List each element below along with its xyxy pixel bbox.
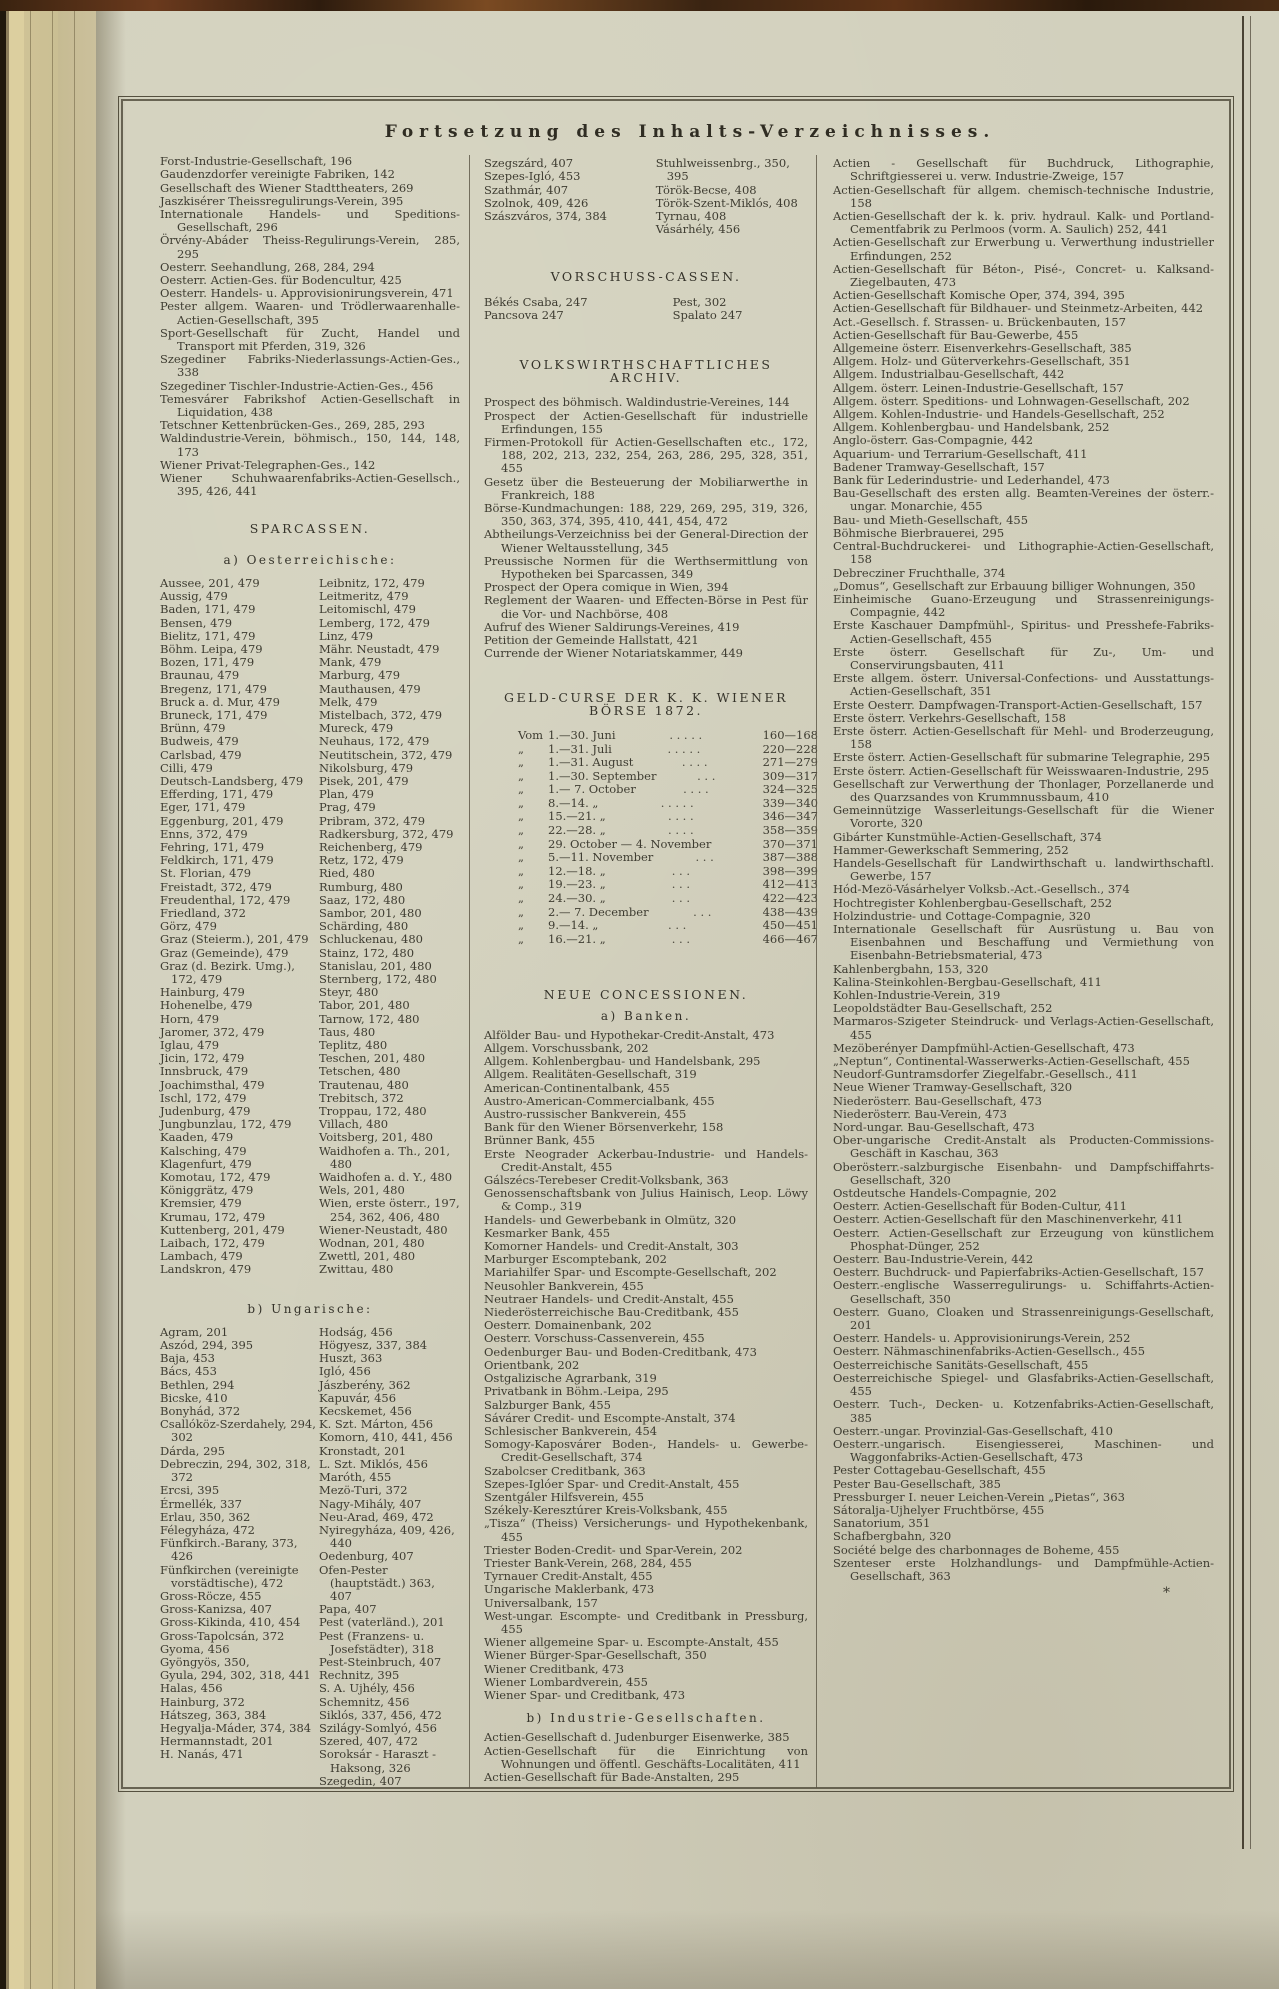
place-entry: Fünfkirchen (vereinigte vorstädtische), … [160,1564,319,1590]
place-entry: Pest, 302 [673,296,808,309]
index-entry: Prospect der Actien-Gesellschaft für ind… [484,410,808,436]
index-entry: Actien-Gesellschaft zur Erwerbung u. Ver… [833,236,1214,262]
place-entry: Kronstadt, 201 [319,1445,460,1458]
index-entry: Oberösterr.-salzburgische Eisenbahn- und… [833,1161,1214,1187]
place-entry: Nyiregyháza, 409, 426, 440 [319,1524,460,1550]
index-entry: Szegediner Fabriks-Niederlassungs-Actien… [160,353,460,379]
dot-leader: . . . [653,851,756,865]
index-entry: Gibárter Kunstmühle-Actien-Gesellschaft,… [833,831,1214,844]
row-period: 1.—31. Juli [548,743,612,757]
row-prefix: „ [518,851,548,865]
row-page-range: 358—359 [756,824,818,838]
index-entry: Currende der Wiener Notariatskammer, 449 [484,647,808,660]
place-entry: Kremsier, 479 [160,1197,319,1210]
geldcurse-row: „ 24.—30. „ . . . 422—423 [518,892,818,906]
place-entry: Debreczin, 294, 302, 318, 372 [160,1458,319,1484]
row-prefix: Vom [518,729,548,743]
place-entry: Jászberény, 362 [319,1379,460,1392]
index-entry: Genossenschaftsbank von Julius Hainisch,… [484,1187,808,1213]
geldcurse-row: „ 29. October — 4. November 370—371 [518,838,818,852]
row-period: 16.—21. „ [548,933,606,947]
row-prefix: „ [518,838,548,852]
geldcurse-row: „ 16.—21. „ . . . 466—467 [518,933,818,947]
place-entry: Cilli, 479 [160,762,319,775]
place-entry: Tetschen, 480 [319,1065,460,1078]
row-period: 1.— 7. October [548,783,636,797]
section-title-archiv: VOLKSWIRTHSCHAFTLICHES ARCHIV. [484,358,808,384]
place-entry: Soroksár - Haraszt - Haksong, 326 [319,1748,460,1774]
place-list-b: Leibnitz, 172, 479Leitmeritz, 479Leitomi… [319,577,460,1277]
index-entry: Oesterr. Guano, Cloaken und Strassenrein… [833,1306,1214,1332]
book-cover-edge [0,0,1279,11]
place-entry: Krumau, 172, 479 [160,1211,319,1224]
sparcassen-ungarische-list: Agram, 201Aszód, 294, 395Baja, 453Bács, … [160,1326,460,1788]
geldcurse-row: „ 9.—14. „ . . . 450—451 [518,919,818,933]
index-entry: Pester Bau-Gesellschaft, 385 [833,1478,1214,1491]
place-entry: Bethlen, 294 [160,1379,319,1392]
index-entry: Internationale Gesellschaft für Ausrüstu… [833,923,1214,963]
row-period: 19.—23. „ [548,878,606,892]
index-entry: Sávárer Credit- und Escompte-Anstalt, 37… [484,1412,808,1425]
column-divider [469,155,470,1788]
index-entry: Szepes-Iglóer Spar- und Credit-Anstalt, … [484,1478,808,1491]
place-entry: Szegedin, 407 [319,1775,460,1788]
geldcurse-row: „ 22.—28. „ . . . . 358—359 [518,824,818,838]
index-entry: Erste österr. Gesellschaft für Zu-, Um- … [833,646,1214,672]
index-entry: Actien-Gesellschaft für Béton-, Pisé-, C… [833,263,1214,289]
index-entry: Erste österr. Actien-Gesellschaft für We… [833,765,1214,778]
index-entry: Aquarium- und Terrarium-Gesellschaft, 41… [833,448,1214,461]
index-entry: Gaudenzdorfer vereinigte Fabriken, 142 [160,168,460,181]
row-prefix: „ [518,919,548,933]
facing-page-rule [1242,16,1251,1849]
place-entry: Ercsi, 395 [160,1484,319,1497]
dot-leader: . . . [606,865,756,879]
index-entry: Sport-Gesellschaft für Zucht, Handel und… [160,327,460,353]
place-list-a: Agram, 201Aszód, 294, 395Baja, 453Bács, … [160,1326,319,1788]
row-period: 1.—30. Juni [548,729,616,743]
row-page-range: 271—279 [756,756,818,770]
sparcassen-continuation: Szegszárd, 407Szepes-Igló, 453Szathmár, … [484,157,808,236]
place-entry: Trautenau, 480 [319,1079,460,1092]
index-entry: Hammer-Gewerkschaft Semmering, 252 [833,844,1214,857]
place-entry: Landskron, 479 [160,1263,319,1276]
place-entry: Eger, 171, 479 [160,801,319,814]
column-3: Actien - Gesellschaft für Buchdruck, Lit… [817,155,1220,1788]
row-prefix: „ [518,783,548,797]
place-entry: Saaz, 172, 480 [319,894,460,907]
book-gutter-edge [0,10,96,1989]
place-entry: Török-Becse, 408 [656,184,808,197]
place-entry: Igló, 456 [319,1365,460,1378]
place-entry: Bruck a. d. Mur, 479 [160,696,319,709]
place-entry: Halas, 456 [160,1682,319,1695]
row-prefix: „ [518,756,548,770]
banken-entry-list: Alfölder Bau- und Hypothekar-Credit-Anst… [484,1029,808,1702]
index-entry: „Tisza“ (Theiss) Versicherungs- und Hypo… [484,1517,808,1543]
subsection-industrie: b) Industrie-Gesellschaften. [484,1712,808,1725]
dot-leader: . . . . . [616,729,756,743]
place-entry: Bregenz, 171, 479 [160,683,319,696]
row-page-range: 450—451 [756,919,818,933]
index-entry: Actien-Gesellschaft der k. k. priv. hydr… [833,210,1214,236]
index-entry: Oesterr. Nähmaschinenfabriks-Actien-Gese… [833,1345,1214,1358]
index-entry: Oesterr. Tuch-, Decken- u. Kotzenfabriks… [833,1398,1214,1424]
row-period: 12.—18. „ [548,865,606,879]
row-prefix: „ [518,824,548,838]
row-page-range: 387—388 [756,851,818,865]
geldcurse-row: „ 2.— 7. December . . . 438—439 [518,906,818,920]
row-page-range: 422—423 [756,892,818,906]
index-entry: „Domus“, Gesellschaft zur Erbauung billi… [833,580,1214,593]
index-entry: Gesellschaft des Wiener Stadttheaters, 2… [160,182,460,195]
index-entry: Somogy-Kaposvárer Boden-, Handels- u. Ge… [484,1438,808,1464]
index-entry: American-Continentalbank, 455 [484,1082,808,1095]
index-entry: Société belge des charbonnages de Boheme… [833,1544,1214,1557]
index-entry: Niederösterr. Bau-Gesellschaft, 473 [833,1095,1214,1108]
row-page-range: 438—439 [756,906,818,920]
vorschuss-list: Békés Csaba, 247Pancsova 247 Pest, 302Sp… [484,296,808,322]
row-period: 5.—11. November [548,851,653,865]
place-entry: Mezö-Turi, 372 [319,1484,460,1497]
index-entry: Oesterreichische Spiegel- und Glasfabrik… [833,1372,1214,1398]
place-entry: Hohenelbe, 479 [160,999,319,1012]
index-entry: West-ungar. Escompte- und Creditbank in … [484,1610,808,1636]
place-list-a: Szegszárd, 407Szepes-Igló, 453Szathmár, … [484,157,656,236]
row-period: 29. October — 4. November [548,838,711,852]
row-page-range: 324—325 [756,783,818,797]
section-title-vorschuss: VORSCHUSS-CASSEN. [484,270,808,283]
dot-leader: . . . [606,933,756,947]
place-entry: Wien, erste österr., 197, 254, 362, 406,… [319,1197,460,1223]
index-entry: Waldindustrie-Verein, böhmisch., 150, 14… [160,432,460,458]
geldcurse-row: „ 8.—14. „ . . . . . 339—340 [518,797,818,811]
row-period: 1.—31. August [548,756,633,770]
index-entry: Prospect des böhmisch. Waldindustrie-Ver… [484,396,808,409]
index-entry: Gemeinnützige Wasserleitungs-Gesellschaf… [833,804,1214,830]
place-entry: Bács, 453 [160,1365,319,1378]
place-entry: Linz, 479 [319,630,460,643]
index-entry: Örvény-Abáder Theiss-Regulirungs-Verein,… [160,234,460,260]
row-page-range: 398—399 [756,865,818,879]
row-period: 2.— 7. December [548,906,649,920]
index-entry: Szenteser erste Holzhandlungs- und Dampf… [833,1557,1214,1583]
index-entry: Szabolcser Creditbank, 363 [484,1465,808,1478]
place-entry: Ried, 480 [319,867,460,880]
dot-leader: . . . . [606,810,756,824]
index-entry: Anglo-österr. Gas-Compagnie, 442 [833,434,1214,447]
section-title-concessionen: NEUE CONCESSIONEN. [484,988,808,1001]
place-entry: Tabor, 201, 480 [319,999,460,1012]
index-entry: Wiener Lombardverein, 455 [484,1676,808,1689]
place-list-a: Békés Csaba, 247Pancsova 247 [484,296,669,322]
geldcurse-row: „ 12.—18. „ . . . 398—399 [518,865,818,879]
place-entry: Nagy-Mihály, 407 [319,1498,460,1511]
index-entry: Oesterr. Actien-Gesellschaft für den Mas… [833,1213,1214,1226]
row-prefix: „ [518,892,548,906]
index-entry: Pester Cottagebau-Gesellschaft, 455 [833,1464,1214,1477]
index-entry: Handels- und Gewerbebank in Olmütz, 320 [484,1214,808,1227]
place-entry: Pest (Franzens- u. Josefstädter), 318 [319,1630,460,1656]
row-page-range: 412—413 [756,878,818,892]
index-entry: Allgem. Industrialbau-Gesellschaft, 442 [833,368,1214,381]
place-entry: Freudenthal, 172, 479 [160,894,319,907]
index-entry: Einheimische Guano-Erzeugung und Strasse… [833,593,1214,619]
index-entry: Preussische Normen für die Werthsermittl… [484,555,808,581]
dot-leader: . . . [606,878,756,892]
dot-leader: . . . [598,919,756,933]
row-period: 24.—30. „ [548,892,606,906]
dot-leader: . . . [606,892,756,906]
place-entry: Neuhaus, 172, 479 [319,735,460,748]
row-prefix: „ [518,878,548,892]
place-entry: Melk, 479 [319,696,460,709]
section-title-geldcurse: GELD-CURSE DER K. K. WIENER BÖRSE 1872. [484,691,808,717]
geldcurse-table: Vom 1.—30. Juni . . . . . 160—168 „ 1.—3… [518,729,818,947]
index-entry: Neusohler Bankverein, 455 [484,1280,808,1293]
place-list-b: Pest, 302Spalato 247 [669,296,808,322]
row-page-range: 339—340 [756,797,818,811]
place-entry: Kaaden, 479 [160,1131,319,1144]
geldcurse-row: „ 1.—31. August . . . . 271—279 [518,756,818,770]
place-entry: H. Nanás, 471 [160,1748,319,1761]
index-entry: Act.-Gesellsch. f. Strassen- u. Brückenb… [833,316,1214,329]
index-entry: Handels-Gesellschaft für Landwirthschaft… [833,857,1214,883]
index-entry: Actien-Gesellschaft für Bildhauer- und S… [833,302,1214,315]
place-entry: Neutitschein, 372, 479 [319,749,460,762]
place-entry: Rumburg, 480 [319,881,460,894]
index-entry: Debrecziner Fruchthalle, 374 [833,567,1214,580]
row-prefix: „ [518,933,548,947]
place-entry: Bensen, 479 [160,617,319,630]
index-entry: Actien-Gesellschaft d. Judenburger Eisen… [484,1731,808,1744]
place-entry: Graz (d. Bezirk. Umg.), 172, 479 [160,960,319,986]
index-entry: Oedenburger Bau- und Boden-Creditbank, 4… [484,1346,808,1359]
index-entry: Actien-Gesellschaft für allgem. chemisch… [833,184,1214,210]
place-entry: Gross-Tapolcsán, 372 [160,1630,319,1643]
index-entry: Szegediner Tischler-Industrie-Actien-Ges… [160,380,460,393]
dot-leader: . . . . . [598,797,756,811]
geldcurse-row: „ 1.—30. September . . . 309—317 [518,770,818,784]
place-entry: Gross-Kikinda, 410, 454 [160,1616,319,1629]
place-entry: Schemnitz, 456 [319,1696,460,1709]
place-entry: Szathmár, 407 [484,184,656,197]
index-entry: Bau- und Mieth-Gesellschaft, 455 [833,514,1214,527]
row-period: 15.—21. „ [548,810,606,824]
row-period: 22.—28. „ [548,824,606,838]
index-entry: Neue Wiener Tramway-Gesellschaft, 320 [833,1081,1214,1094]
place-entry: Komorn, 410, 441, 456 [319,1431,460,1444]
index-entry: Ober-ungarische Credit-Anstalt als Produ… [833,1134,1214,1160]
geldcurse-row: „ 15.—21. „ . . . . 346—347 [518,810,818,824]
geldcurse-row: „ 1.—31. Juli . . . . . 220—228 [518,743,818,757]
index-entry: Oesterr.-ungarisch. Eisengiesserei, Masc… [833,1438,1214,1464]
place-entry: Pancsova 247 [484,309,669,322]
index-entry: Abtheilungs-Verzeichniss bei der General… [484,528,808,554]
printed-frame: Fortsetzung des Inhalts-Verzeichnisses. … [118,96,1234,1792]
index-entry: Erste Neograder Ackerbau-Industrie- und … [484,1148,808,1174]
place-entry: Pest (vaterländ.), 201 [319,1616,460,1629]
index-entry: Kahlenbergbahn, 153, 320 [833,963,1214,976]
place-entry: Freistadt, 372, 479 [160,881,319,894]
place-entry: Braunau, 479 [160,669,319,682]
dot-leader: . . . . [633,756,756,770]
place-entry: Graz (Gemeinde), 479 [160,947,319,960]
index-entry: Holzindustrie- und Cottage-Compagnie, 32… [833,910,1214,923]
place-entry: Pribram, 372, 479 [319,815,460,828]
index-entry: Actien-Gesellschaft für die Einrichtung … [484,1745,808,1771]
page-title: Fortsetzung des Inhalts-Verzeichnisses. [160,126,1220,139]
index-entry: Erste allgem. österr. Universal-Confecti… [833,672,1214,698]
place-entry: Eggenburg, 201, 479 [160,815,319,828]
row-prefix: „ [518,770,548,784]
place-entry: Innsbruck, 479 [160,1065,319,1078]
row-page-range: 220—228 [756,743,818,757]
place-entry: Radkersburg, 372, 479 [319,828,460,841]
index-entry: Mariahilfer Spar- und Escompte-Gesellsch… [484,1266,808,1279]
place-entry: Joachimsthal, 479 [160,1079,319,1092]
geldcurse-row: „ 5.—11. November . . . 387—388 [518,851,818,865]
archiv-entry-list: Prospect des böhmisch. Waldindustrie-Ver… [484,396,808,660]
index-entry: Allgem. österr. Leinen-Industrie-Gesells… [833,382,1214,395]
place-entry: Ofen-Pester (hauptstädt.) 363, 407 [319,1564,460,1604]
place-entry: Lemberg, 172, 479 [319,617,460,630]
index-entry: Pester allgem. Waaren- und Trödlerwaaren… [160,300,460,326]
index-entry: Allgem. Realitäten-Gesellschaft, 319 [484,1068,808,1081]
place-list-b: Stuhlweissenbrg., 350, 395Török-Becse, 4… [656,157,808,236]
place-entry: Stanislau, 201, 480 [319,960,460,973]
book-page-scan: Fortsetzung des Inhalts-Verzeichnisses. … [0,0,1279,1989]
place-entry: Vásárhély, 456 [656,223,808,236]
place-entry: Waidhofen a. Th., 201, 480 [319,1145,460,1171]
index-entry: Internationale Handels- und Speditions-G… [160,208,460,234]
index-entry: Salzburger Bank, 455 [484,1399,808,1412]
index-entry: Erste Kaschauer Dampfmühl-, Spiritus- un… [833,619,1214,645]
index-entry: Actien-Gesellschaft für Bade-Anstalten, … [484,1771,808,1784]
place-entry: Csallóköz-Szerdahely, 294, 302 [160,1418,319,1444]
section-title-sparcassen: SPARCASSEN. [160,522,460,535]
subsection-banken: a) Banken. [484,1010,808,1023]
index-entry: Oesterr. Vorschuss-Cassenverein, 455 [484,1332,808,1345]
index-entry: Oesterr.-englische Wasserregulirungs- u.… [833,1279,1214,1305]
dot-leader: . . . . . [612,743,756,757]
place-entry: Baden, 171, 479 [160,603,319,616]
index-entry: Hochtregister Kohlenbergbau-Gesellschaft… [833,897,1214,910]
dot-leader: . . . [656,770,756,784]
index-entry: Firmen-Protokoll für Actien-Gesellschaft… [484,436,808,476]
place-entry: Szászváros, 374, 384 [484,210,656,223]
index-entry: Brünner Bank, 455 [484,1134,808,1147]
geldcurse-row: „ 1.— 7. October . . . . 324—325 [518,783,818,797]
place-entry: Budweis, 479 [160,735,319,748]
index-entry: Central-Buchdruckerei- und Lithographie-… [833,540,1214,566]
index-entry: Universalbank, 157 [484,1597,808,1610]
row-period: 8.—14. „ [548,797,598,811]
index-entry: Oesterr.-ungar. Provinzial-Gas-Gesellsch… [833,1425,1214,1438]
place-entry: Bielitz, 171, 479 [160,630,319,643]
row-prefix: „ [518,865,548,879]
subsection-ungarische: b) Ungarische: [160,1303,460,1316]
index-entry: Reglement der Waaren- und Effecten-Börse… [484,594,808,620]
place-entry: Siklós, 337, 456, 472 [319,1709,460,1722]
place-entry: Fünfkirch.-Barany, 373, 426 [160,1537,319,1563]
row-prefix: „ [518,743,548,757]
dot-leader: . . . [649,906,756,920]
place-entry: Zwittau, 480 [319,1263,460,1276]
index-entry: Marmaros-Szigeter Steindruck- und Verlag… [833,1015,1214,1041]
place-entry: Tarnow, 172, 480 [319,1013,460,1026]
place-entry: Voitsberg, 201, 480 [319,1131,460,1144]
index-entry: Wiener Spar- und Creditbank, 473 [484,1689,808,1702]
index-entry: Erste österr. Actien-Gesellschaft für su… [833,751,1214,764]
index-entry: Gesetz über die Besteuerung der Mobiliar… [484,476,808,502]
column-1: Forst-Industrie-Gesellschaft, 196Gaudenz… [160,155,469,1788]
place-entry: Erlau, 350, 362 [160,1511,319,1524]
index-entry: Pressburger I. neuer Leichen-Verein „Pie… [833,1491,1214,1504]
place-entry: Nikolsburg, 479 [319,762,460,775]
dot-leader: . . . . [636,783,756,797]
geldcurse-row: „ 19.—23. „ . . . 412—413 [518,878,818,892]
place-entry: Érmellék, 337 [160,1498,319,1511]
place-entry: Szepes-Igló, 453 [484,170,656,183]
row-prefix: „ [518,906,548,920]
place-entry: Neu-Arad, 469, 472 [319,1511,460,1524]
column-divider [816,155,817,1788]
place-entry: Prag, 479 [319,801,460,814]
place-entry: Békés Csaba, 247 [484,296,669,309]
place-list-a: Aussee, 201, 479Aussig, 479Baden, 171, 4… [160,577,319,1277]
place-entry: Horn, 479 [160,1013,319,1026]
place-entry: Gyoma, 456 [160,1643,319,1656]
index-entry: Triester Boden-Credit- und Spar-Verein, … [484,1544,808,1557]
index-entry: Oesterreichische Sanitäts-Gesellschaft, … [833,1359,1214,1372]
index-entry: Privatbank in Böhm.-Leipa, 295 [484,1385,808,1398]
place-entry: Stainz, 172, 480 [319,947,460,960]
place-entry: Dárda, 295 [160,1445,319,1458]
place-entry: Stuhlweissenbrg., 350, 395 [656,157,808,183]
place-entry: Mauthausen, 479 [319,683,460,696]
index-entry: Erste österr. Actien-Gesellschaft für Me… [833,725,1214,751]
row-period: 9.—14. „ [548,919,598,933]
place-entry: Enns, 372, 479 [160,828,319,841]
row-page-range: 346—347 [756,810,818,824]
row-page-range: 160—168 [756,729,818,743]
place-list-b: Hodság, 456Högyesz, 337, 384Huszt, 363Ig… [319,1326,460,1788]
index-entry: Gesellschaft zur Verwerthung der Thonlag… [833,778,1214,804]
row-prefix: „ [518,797,548,811]
index-entry: Schafbergbahn, 320 [833,1530,1214,1543]
place-entry: Schluckenau, 480 [319,933,460,946]
place-entry: Graz (Steierm.), 201, 479 [160,933,319,946]
place-entry: Leitomischl, 479 [319,603,460,616]
row-period: 1.—30. September [548,770,656,784]
place-entry: Carlsbad, 479 [160,749,319,762]
signature-mark: * [833,1587,1214,1600]
sparcassen-oesterreichische-list: Aussee, 201, 479Aussig, 479Baden, 171, 4… [160,577,460,1277]
column-2: Szegszárd, 407Szepes-Igló, 453Szathmár, … [470,155,816,1788]
index-entry-list: Forst-Industrie-Gesellschaft, 196Gaudenz… [160,155,460,498]
place-entry: S. A. Ujhély, 456 [319,1682,460,1695]
row-page-range: 466—467 [756,933,818,947]
index-entry: Oesterr. Actien-Gesellschaft zur Erzeugu… [833,1227,1214,1253]
index-entry: Bau-Gesellschaft des ersten allg. Beamte… [833,487,1214,513]
index-entry-list: Actien - Gesellschaft für Buchdruck, Lit… [833,157,1214,1583]
index-entry: Wiener Creditbank, 473 [484,1663,808,1676]
place-entry: Kalsching, 479 [160,1145,319,1158]
row-prefix: „ [518,810,548,824]
geldcurse-row: Vom 1.—30. Juni . . . . . 160—168 [518,729,818,743]
place-entry: Hátszeg, 363, 384 [160,1709,319,1722]
